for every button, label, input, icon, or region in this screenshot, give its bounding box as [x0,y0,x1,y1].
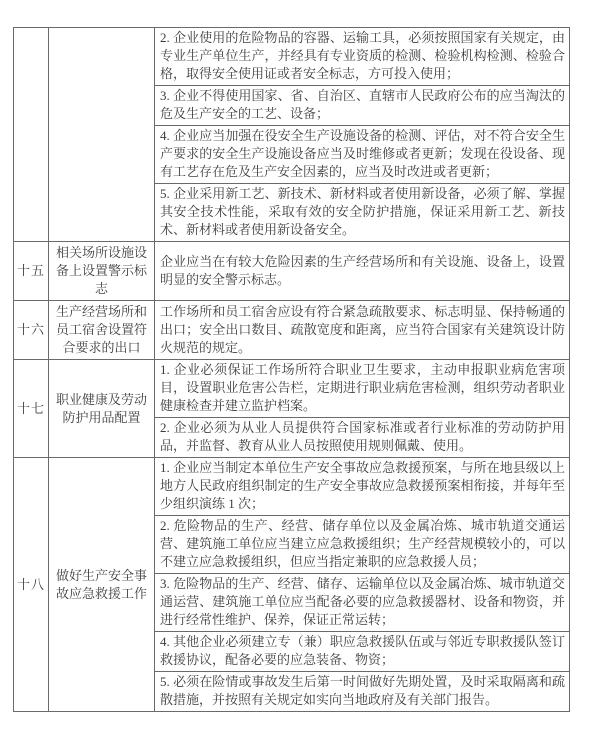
row-number-cell: 十五 [14,242,49,301]
row-item-cell: 工作场所和员工宿舍应设有符合紧急疏散要求、标志明显、保持畅通的出口；安全出口数目… [155,301,570,360]
scanned-document-page: 2. 企业使用的危险物品的容器、运输工具，必须按照国家有关规定，由专业生产单位生… [0,0,611,745]
row-item-cell: 企业应当在有较大危险因素的生产经营场所和有关设施、设备上，设置明显的安全警示标志… [155,242,570,301]
row-number-cell: 十八 [14,458,49,712]
row-item-cell: 3. 企业不得使用国家、省、自治区、直辖市人民政府公布的应当淘汰的危及生产安全的… [155,86,570,126]
row-title-cell: 职业健康及劳动防护用品配置 [49,360,155,458]
row-item-cell: 2. 企业使用的危险物品的容器、运输工具，必须按照国家有关规定，由专业生产单位生… [155,28,570,86]
row-item-cell: 1. 企业应当制定本单位生产安全事故应急救援预案，与所在地县级以上地方人民政府组… [155,458,570,516]
row-item-cell: 5. 必须在险情或事故发生后第一时间做好先期处置，及时采取隔离和疏散措施，并按照… [155,672,570,712]
row-item-cell: 3. 危险物品的生产、经营、储存、运输单位以及金属冶炼、城市轨道交通运营、建筑施… [155,574,570,632]
row-item-cell: 4. 企业应当加强在役安全生产设施设备的检测、评估，对不符合安全生产要求的安全生… [155,126,570,184]
table-row-15: 十五 相关场所设施设备上设置警示标志 企业应当在有较大危险因素的生产经营场所和有… [14,242,570,301]
row-title-cell: 做好生产安全事故应急救援工作 [49,458,155,712]
table-row-17: 十七 职业健康及劳动防护用品配置 1. 企业必须保证工作场所符合职业卫生要求，主… [14,360,570,418]
row-item-cell: 4. 其他企业必须建立专（兼）职应急救援队伍或与邻近专职救援队签订救援协议，配备… [155,632,570,672]
row-number-cell [14,28,49,242]
table-row-18: 十八 做好生产安全事故应急救援工作 1. 企业应当制定本单位生产安全事故应急救援… [14,458,570,516]
table-row-continued: 2. 企业使用的危险物品的容器、运输工具，必须按照国家有关规定，由专业生产单位生… [14,28,570,86]
row-item-cell: 2. 危险物品的生产、经营、储存单位以及金属冶炼、城市轨道交通运营、建筑施工单位… [155,516,570,574]
row-number-cell: 十六 [14,301,49,360]
table-row-16: 十六 生产经营场所和员工宿舍设置符合要求的出口 工作场所和员工宿舍应设有符合紧急… [14,301,570,360]
row-title-cell: 相关场所设施设备上设置警示标志 [49,242,155,301]
safety-regulation-table: 2. 企业使用的危险物品的容器、运输工具，必须按照国家有关规定，由专业生产单位生… [13,27,570,712]
row-item-cell: 1. 企业必须保证工作场所符合职业卫生要求，主动申报职业病危害项目，设置职业危害… [155,360,570,418]
row-item-cell: 5. 企业采用新工艺、新技术、新材料或者使用新设备，必须了解、掌握其安全技术性能… [155,184,570,242]
row-item-cell: 2. 企业必须为从业人员提供符合国家标准或者行业标准的劳动防护用品，并监督、教育… [155,418,570,458]
row-title-cell [49,28,155,242]
row-title-cell: 生产经营场所和员工宿舍设置符合要求的出口 [49,301,155,360]
row-number-cell: 十七 [14,360,49,458]
